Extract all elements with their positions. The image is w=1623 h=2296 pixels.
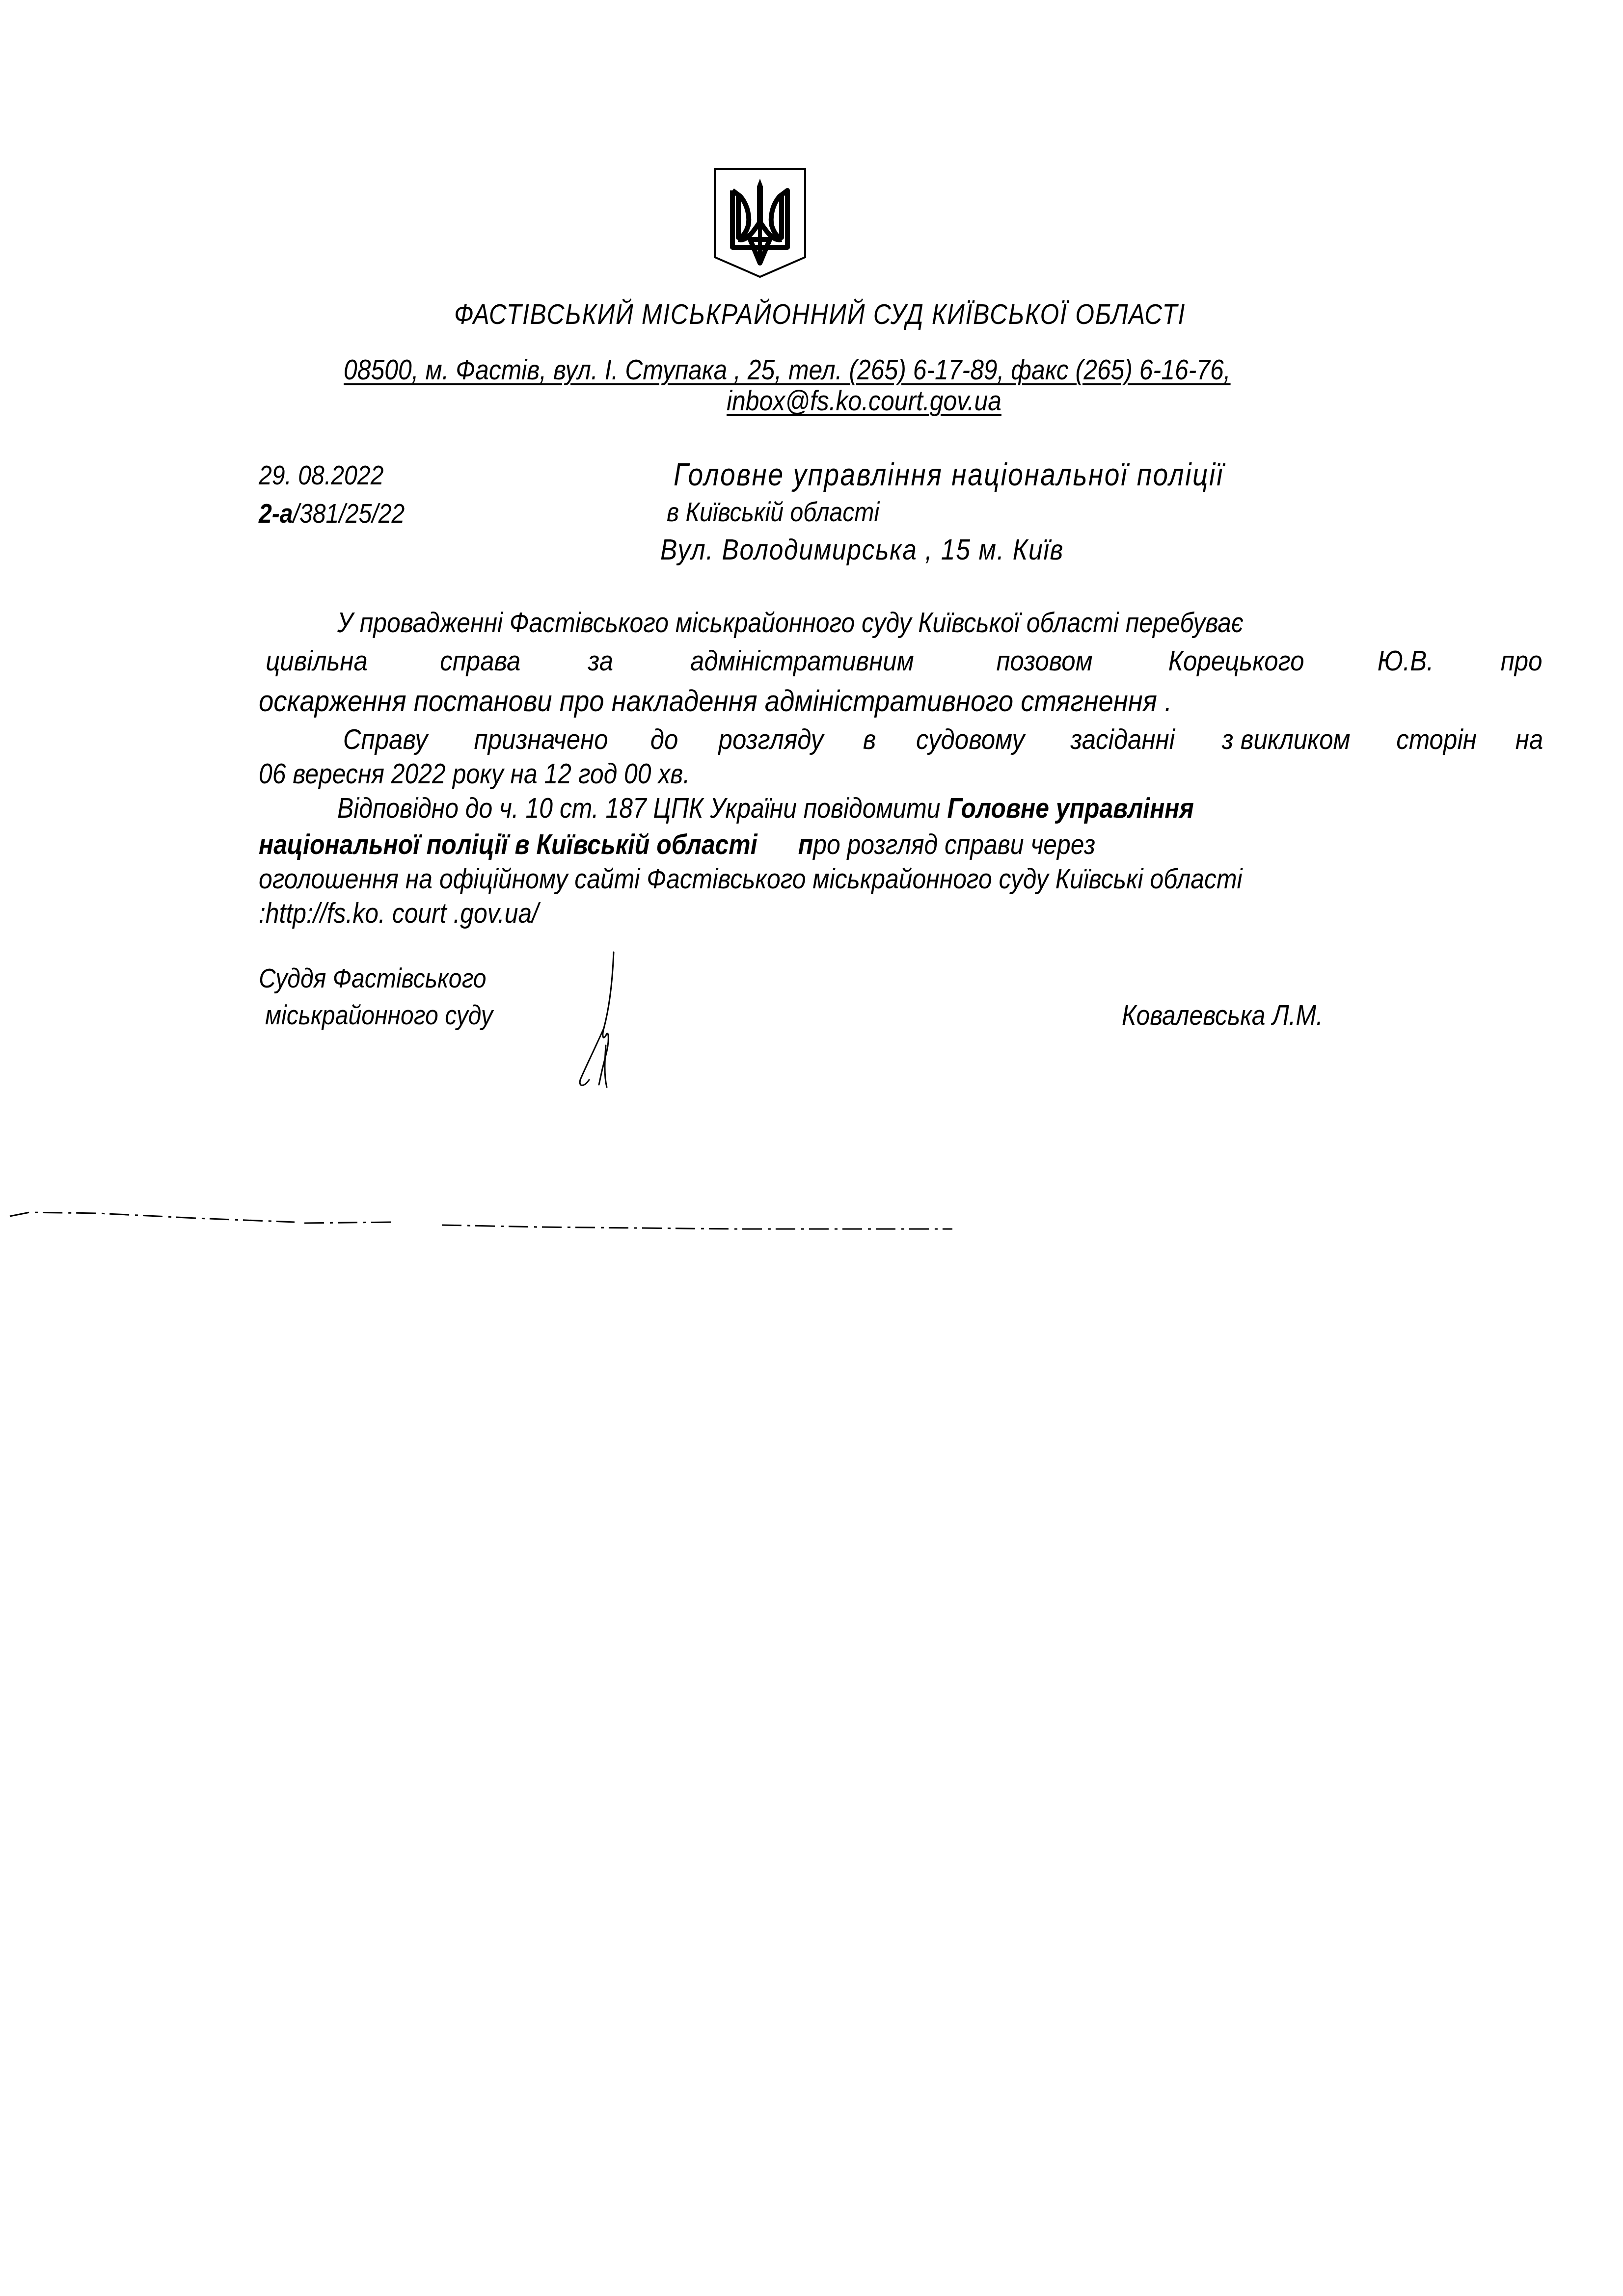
body-p1-line2-word: адміністративним bbox=[690, 647, 914, 675]
handwritten-signature-icon bbox=[555, 947, 663, 1095]
body-p3-line2-regular: ро розгляд справи через bbox=[813, 828, 1095, 860]
body-p2-line2: 06 вересня 2022 року на 12 год 00 хв. bbox=[259, 760, 690, 788]
body-p3-line2-bold: національної поліції в Київській області bbox=[259, 828, 757, 860]
body-p1-line2-word: справа bbox=[440, 647, 521, 675]
signature-title-line-2: міськрайонного суду bbox=[265, 1001, 493, 1029]
body-p2-line1-word: засіданні bbox=[1070, 725, 1175, 754]
body-p1-line2-word: позовом bbox=[996, 647, 1092, 675]
body-p1-line2: цивільнасправазаадміністративнимпозовомК… bbox=[259, 647, 1545, 675]
body-p1-line2-word: цивільна bbox=[266, 647, 368, 675]
scan-artifact-divider bbox=[0, 1207, 982, 1237]
court-email-link[interactable]: inbox@fs.ko.court.gov.ua bbox=[727, 387, 1001, 415]
body-p2-line1-word: на bbox=[1515, 725, 1543, 754]
body-p2-line1-word: в bbox=[863, 725, 876, 754]
body-p3-line1-bold: Головне управління bbox=[947, 792, 1193, 824]
body-p2-line1: Справупризначенодорозглядувсудовомузасід… bbox=[337, 725, 1545, 754]
body-p1-line2-word: про bbox=[1500, 647, 1542, 675]
body-p1-line2-word: за bbox=[588, 647, 614, 675]
body-p3-line2-bold-p: п bbox=[798, 828, 813, 860]
case-number-rest: /381/25/22 bbox=[293, 498, 405, 529]
body-p1-line3: оскарження постанови про накладення адмі… bbox=[259, 686, 1172, 717]
body-p2-line1-word: до bbox=[650, 725, 678, 754]
body-p3-line1-regular: Відповідно до ч. 10 ст. 187 ЦПК України … bbox=[337, 792, 947, 824]
judge-name: Ковалевська Л.М. bbox=[1122, 1001, 1323, 1030]
case-number-prefix: 2-а bbox=[259, 498, 293, 529]
trident-emblem-icon bbox=[711, 161, 809, 284]
recipient-line-3: Вул. Володимирська , 15 м. Київ bbox=[660, 535, 1064, 564]
letter-date: 29. 08.2022 bbox=[259, 461, 383, 489]
website-link[interactable]: :http://fs.ko. court .gov.ua/ bbox=[259, 899, 539, 928]
court-name-heading: ФАСТІВСЬКИЙ МІСЬКРАЙОННИЙ СУД КИЇВСЬКОЇ … bbox=[454, 300, 1186, 329]
body-p3-line3: оголошення на офіційному сайті Фастівськ… bbox=[259, 865, 1243, 893]
recipient-line-1: Головне управління національної поліції bbox=[674, 459, 1224, 490]
body-p1-line2-word: Корецького bbox=[1168, 647, 1304, 675]
body-p2-line1-word: з викликом bbox=[1222, 725, 1351, 754]
body-p2-line1-word: судовому bbox=[916, 725, 1025, 754]
body-p3-line1: Відповідно до ч. 10 ст. 187 ЦПК України … bbox=[337, 794, 1194, 823]
body-p3-line2: національної поліції в Київській області… bbox=[259, 830, 1095, 859]
body-p2-line1-word: сторін bbox=[1396, 725, 1477, 754]
case-number: 2-а/381/25/22 bbox=[259, 500, 405, 527]
body-p1-line2-word: Ю.В. bbox=[1378, 647, 1434, 675]
body-p2-line1-word: розгляду bbox=[719, 725, 824, 754]
recipient-line-2: в Київській області bbox=[667, 498, 879, 526]
body-p2-line1-word: Справу bbox=[343, 725, 428, 754]
body-p1-line1: У провадженні Фастівського міськрайонног… bbox=[337, 609, 1477, 637]
court-address: 08500, м. Фастів, вул. І. Ступака , 25, … bbox=[344, 356, 1231, 384]
body-p2-line1-word: призначено bbox=[474, 725, 608, 754]
signature-title-line-1: Суддя Фастівського bbox=[259, 964, 487, 992]
